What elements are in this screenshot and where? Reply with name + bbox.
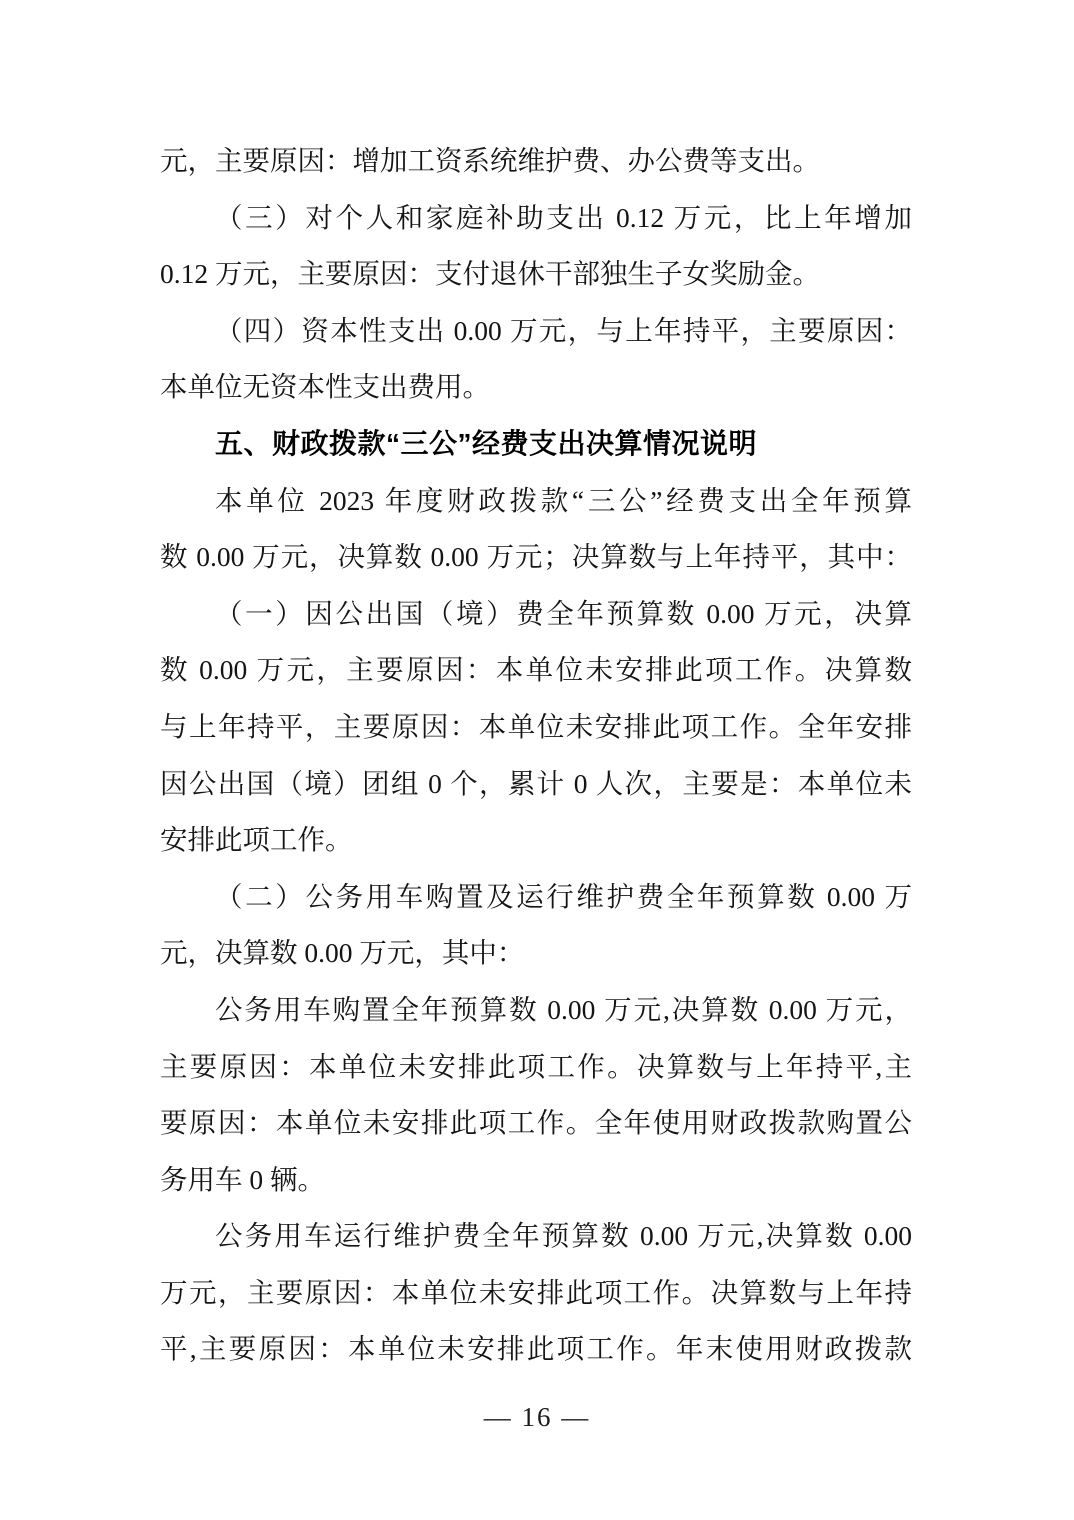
text-line: 0.12 万元，主要原因：支付退休干部独生子女奖励金。 <box>160 246 912 303</box>
text-line: 公务用车购置全年预算数 0.00 万元,决算数 0.00 万元， <box>160 982 912 1039</box>
document-page: 元，主要原因：增加工资系统维护费、办公费等支出。（三）对个人和家庭补助支出 0.… <box>0 0 1074 1520</box>
text-line: 与上年持平，主要原因：本单位未安排此项工作。全年安排 <box>160 699 912 756</box>
document-body: 元，主要原因：增加工资系统维护费、办公费等支出。（三）对个人和家庭补助支出 0.… <box>160 133 912 1378</box>
text-line: 元，主要原因：增加工资系统维护费、办公费等支出。 <box>160 133 912 190</box>
text-line: （二）公务用车购置及运行维护费全年预算数 0.00 万 <box>160 869 912 926</box>
text-line: 要原因：本单位未安排此项工作。全年使用财政拨款购置公 <box>160 1095 912 1152</box>
page-footer: — 16 — <box>0 1402 1074 1433</box>
text-line: 务用车 0 辆。 <box>160 1152 912 1209</box>
text-line: 主要原因：本单位未安排此项工作。决算数与上年持平,主 <box>160 1039 912 1096</box>
text-line: （三）对个人和家庭补助支出 0.12 万元，比上年增加 <box>160 190 912 247</box>
text-line: （四）资本性支出 0.00 万元，与上年持平，主要原因： <box>160 303 912 360</box>
text-line: 数 0.00 万元，主要原因：本单位未安排此项工作。决算数 <box>160 642 912 699</box>
text-line: 本单位 2023 年度财政拨款“三公”经费支出全年预算 <box>160 473 912 530</box>
text-line: 万元，主要原因：本单位未安排此项工作。决算数与上年持 <box>160 1265 912 1322</box>
text-line: （一）因公出国（境）费全年预算数 0.00 万元，决算 <box>160 586 912 643</box>
text-line: 元，决算数 0.00 万元，其中： <box>160 925 912 982</box>
text-line: 公务用车运行维护费全年预算数 0.00 万元,决算数 0.00 <box>160 1208 912 1265</box>
page-number: — 16 — <box>484 1402 591 1432</box>
text-line: 安排此项工作。 <box>160 812 912 869</box>
text-line: 平,主要原因：本单位未安排此项工作。年末使用财政拨款 <box>160 1321 912 1378</box>
section-heading: 五、财政拨款“三公”经费支出决算情况说明 <box>160 416 912 473</box>
text-line: 数 0.00 万元，决算数 0.00 万元；决算数与上年持平，其中： <box>160 529 912 586</box>
text-line: 因公出国（境）团组 0 个，累计 0 人次，主要是：本单位未 <box>160 756 912 813</box>
text-line: 本单位无资本性支出费用。 <box>160 359 912 416</box>
